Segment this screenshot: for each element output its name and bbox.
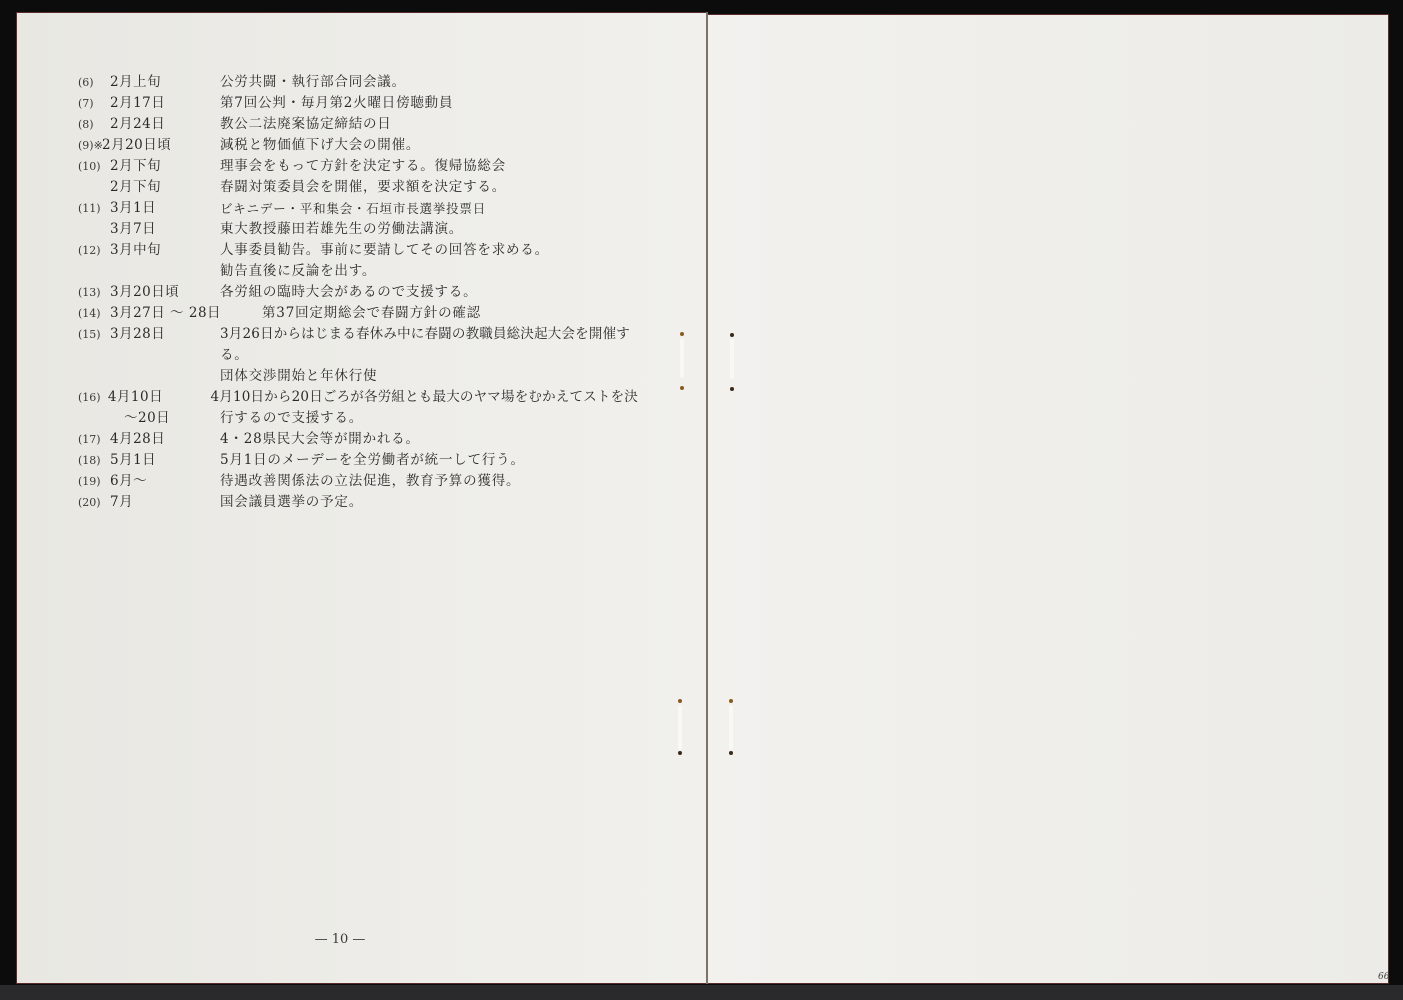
item-date: 5月1日 bbox=[110, 450, 220, 471]
item-number: (13) bbox=[78, 282, 110, 303]
item-description: 人事委員勧告。事前に要請してその回答を求める。 bbox=[220, 240, 638, 261]
schedule-item: (11) 3月1日 ビキニデー・平和集会・石垣市長選挙投票日 bbox=[78, 198, 638, 219]
item-description: 4・28県民大会等が開かれる。 bbox=[220, 429, 638, 450]
schedule-item-continuation: 勧告直後に反論を出す。 bbox=[78, 261, 638, 282]
staple-hole bbox=[680, 332, 684, 336]
item-description: 各労組の臨時大会があるので支援する。 bbox=[220, 282, 638, 303]
item-number: (8) bbox=[78, 114, 110, 135]
item-date: 3月7日 bbox=[110, 219, 220, 240]
schedule-item: (9)※ 2月20日頃 減税と物価値下げ大会の開催。 bbox=[78, 135, 638, 156]
schedule-item-continuation: 団体交渉開始と年休行使 bbox=[78, 366, 638, 387]
schedule-item: (16) 4月10日 4月10日から20日ごろが各労組とも最大のヤマ場をむかえて… bbox=[78, 387, 638, 408]
item-description: 公労共闘・執行部合同会議。 bbox=[220, 72, 638, 93]
item-number: (19) bbox=[78, 471, 110, 492]
schedule-item: (8) 2月24日 教公二法廃案協定締結の日 bbox=[78, 114, 638, 135]
item-number: (18) bbox=[78, 450, 110, 471]
schedule-item: (19) 6月～ 待遇改善関係法の立法促進，教育予算の獲得。 bbox=[78, 471, 638, 492]
staple-hole bbox=[678, 751, 682, 755]
item-date: 4月28日 bbox=[110, 429, 220, 450]
schedule-item: (17) 4月28日 4・28県民大会等が開かれる。 bbox=[78, 429, 638, 450]
item-date: 2月17日 bbox=[110, 93, 220, 114]
item-description: 教公二法廃案協定締結の日 bbox=[220, 114, 638, 135]
item-number: (17) bbox=[78, 429, 110, 450]
item-date: 3月1日 bbox=[110, 198, 220, 219]
item-date: 7月 bbox=[110, 492, 220, 513]
item-number: (15) bbox=[78, 324, 110, 345]
item-date: 3月20日頃 bbox=[110, 282, 220, 303]
schedule-item: 2月下旬 春闘対策委員会を開催，要求額を決定する。 bbox=[78, 177, 638, 198]
item-description: 待遇改善関係法の立法促進，教育予算の獲得。 bbox=[220, 471, 638, 492]
item-date: 2月下旬 bbox=[110, 177, 220, 198]
corner-mark: 66 bbox=[1378, 972, 1389, 982]
item-description: 5月1日のメーデーを全労働者が統一して行う。 bbox=[220, 450, 638, 471]
item-number: (7) bbox=[78, 93, 110, 114]
item-description: 団体交渉開始と年休行使 bbox=[220, 366, 638, 387]
schedule-item: (18) 5月1日 5月1日のメーデーを全労働者が統一して行う。 bbox=[78, 450, 638, 471]
scanner-bed bbox=[0, 985, 1403, 1000]
item-date: 6月～ bbox=[110, 471, 220, 492]
item-date: 2月上旬 bbox=[110, 72, 220, 93]
staple-hole bbox=[730, 387, 734, 391]
item-number: (11) bbox=[78, 198, 110, 219]
item-description: る。 bbox=[220, 345, 638, 366]
item-number: (14) bbox=[78, 303, 110, 324]
page-number: — 10 — bbox=[300, 932, 380, 947]
schedule-item: (7) 2月17日 第7回公判・毎月第2火曜日傍聴動員 bbox=[78, 93, 638, 114]
schedule-item: (15) 3月28日 3月26日からはじまる春休み中に春闘の教職員総決起大会を開… bbox=[78, 324, 638, 345]
item-date: 3月27日 ～ 28日 bbox=[110, 303, 262, 324]
staple-hole bbox=[678, 699, 682, 703]
schedule-item: (14) 3月27日 ～ 28日 第37回定期総会で春闘方針の確認 bbox=[78, 303, 638, 324]
staple-trail bbox=[680, 338, 684, 378]
schedule-item-continuation: る。 bbox=[78, 345, 638, 366]
item-date: 2月下旬 bbox=[110, 156, 220, 177]
center-fold bbox=[706, 12, 708, 984]
staple-trail bbox=[678, 705, 682, 750]
item-description: 第7回公判・毎月第2火曜日傍聴動員 bbox=[220, 93, 638, 114]
schedule-item: (10) 2月下旬 理事会をもって方針を決定する。復帰協総会 bbox=[78, 156, 638, 177]
item-date: 2月24日 bbox=[110, 114, 220, 135]
item-description: 減税と物価値下げ大会の開催。 bbox=[220, 135, 638, 156]
schedule-item: (12) 3月中旬 人事委員勧告。事前に要請してその回答を求める。 bbox=[78, 240, 638, 261]
item-description: 東大教授藤田若雄先生の労働法講演。 bbox=[220, 219, 638, 240]
staple-trail bbox=[729, 705, 733, 750]
staple-hole bbox=[729, 699, 733, 703]
item-date: 2月20日頃 bbox=[102, 135, 220, 156]
right-page bbox=[708, 15, 1388, 983]
item-description: 行するので支援する。 bbox=[220, 408, 638, 429]
staple-hole bbox=[729, 751, 733, 755]
schedule-item: (20) 7月 国会議員選挙の予定。 bbox=[78, 492, 638, 513]
item-description: 国会議員選挙の予定。 bbox=[220, 492, 638, 513]
item-description: 勧告直後に反論を出す。 bbox=[220, 261, 638, 282]
item-number: (10) bbox=[78, 156, 110, 177]
schedule-item: (13) 3月20日頃 各労組の臨時大会があるので支援する。 bbox=[78, 282, 638, 303]
item-number: (9)※ bbox=[78, 135, 102, 156]
item-description: 春闘対策委員会を開催，要求額を決定する。 bbox=[220, 177, 638, 198]
staple-hole bbox=[730, 333, 734, 337]
item-number: (6) bbox=[78, 72, 110, 93]
item-description: 3月26日からはじまる春休み中に春闘の教職員総決起大会を開催す bbox=[220, 324, 638, 345]
schedule-item: 3月7日 東大教授藤田若雄先生の労働法講演。 bbox=[78, 219, 638, 240]
schedule-list: (6) 2月上旬 公労共闘・執行部合同会議。 (7) 2月17日 第7回公判・毎… bbox=[78, 72, 638, 513]
item-number: (20) bbox=[78, 492, 110, 513]
item-description: 第37回定期総会で春闘方針の確認 bbox=[262, 303, 638, 324]
schedule-item: (6) 2月上旬 公労共闘・執行部合同会議。 bbox=[78, 72, 638, 93]
item-description: 4月10日から20日ごろが各労組とも最大のヤマ場をむかえてストを決 bbox=[210, 387, 638, 408]
item-date: 3月28日 bbox=[110, 324, 220, 345]
item-date: 3月中旬 bbox=[110, 240, 220, 261]
item-number: (12) bbox=[78, 240, 110, 261]
item-date: ～20日 bbox=[110, 408, 220, 429]
item-description: 理事会をもって方針を決定する。復帰協総会 bbox=[220, 156, 638, 177]
item-number: (16) bbox=[78, 387, 108, 408]
staple-trail bbox=[730, 339, 734, 379]
staple-hole bbox=[680, 386, 684, 390]
item-date: 4月10日 bbox=[108, 387, 211, 408]
schedule-item-continuation: ～20日 行するので支援する。 bbox=[78, 408, 638, 429]
item-description: ビキニデー・平和集会・石垣市長選挙投票日 bbox=[220, 198, 638, 219]
